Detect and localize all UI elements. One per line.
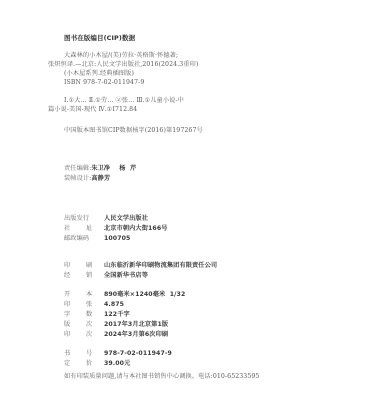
postcode-label: 邮政编码	[64, 235, 104, 243]
responsible-editor-label: 责任编辑:	[64, 165, 91, 173]
responsible-editor-value: 朱卫净 杨 芹	[91, 165, 136, 173]
cip-title: 图书在版编目(CIP)数据	[64, 34, 135, 42]
postcode-value: 100705	[104, 235, 130, 243]
word-count-value: 122千字	[104, 311, 130, 319]
publisher-row: 出版发行人民文学出版社	[64, 215, 148, 223]
distributor-value: 全国新华书店等	[104, 272, 148, 280]
impression-value: 2024年3月第6次印刷	[104, 331, 168, 339]
impression-label: 印次	[64, 331, 104, 339]
cip-line-2: 张炽恒译.—北京:人民文学出版社,2016(2024.3重印)	[48, 61, 198, 69]
cip-classification-line-1: Ⅰ.①大… Ⅱ.①劳… ②张… Ⅲ.①儿童小说-中	[64, 97, 184, 105]
design-label: 装帧设计:	[64, 175, 91, 183]
printer-value: 山东临沂新华印刷物流集团有限责任公司	[104, 262, 217, 270]
address-label: 社址	[64, 225, 104, 233]
sheets-label: 印张	[64, 301, 104, 309]
price-row: 定价39.00元	[64, 360, 130, 368]
responsible-editor-row: 责任编辑:朱卫净 杨 芹	[64, 165, 136, 173]
quality-notice: 如有印装质量问题,请与本社图书销售中心调换。电话:010-65233595	[64, 373, 259, 381]
edition-row: 版次2017年3月北京第1版	[64, 321, 168, 329]
isbn-label: 书号	[64, 350, 104, 358]
impression-row: 印次2024年3月第6次印刷	[64, 331, 168, 339]
cip-classification-line-2: 篇小说-美国-现代 Ⅳ.①I712.84	[48, 106, 137, 114]
distributor-row: 经销全国新华书店等	[64, 272, 148, 280]
format-label: 开本	[64, 291, 104, 299]
sheets-row: 印张4.875	[64, 301, 124, 309]
price-value: 39.00元	[104, 360, 130, 368]
price-label: 定价	[64, 360, 104, 368]
sheets-value: 4.875	[104, 301, 124, 309]
cip-line-1: 大森林的小木屋/(美)劳拉·英格斯·怀德著;	[64, 52, 178, 60]
isbn-row: 书号978-7-02-011947-9	[64, 350, 172, 358]
format-row: 开本890毫米×1240毫米 1/32	[64, 291, 185, 299]
printer-label: 印刷	[64, 262, 104, 270]
edition-label: 版次	[64, 321, 104, 329]
cip-line-4-isbn: ISBN 978-7-02-011947-9	[64, 79, 144, 87]
copyright-page: 图书在版编目(CIP)数据 大森林的小木屋/(美)劳拉·英格斯·怀德著; 张炽恒…	[0, 0, 375, 416]
address-value: 北京市朝内大街166号	[104, 225, 168, 233]
distributor-label: 经销	[64, 272, 104, 280]
postcode-row: 邮政编码100705	[64, 235, 130, 243]
address-row: 社址北京市朝内大街166号	[64, 225, 168, 233]
word-count-label: 字数	[64, 311, 104, 319]
cip-line-3: (小木屋系列.经典插图版)	[64, 70, 134, 78]
edition-value: 2017年3月北京第1版	[104, 321, 168, 329]
cip-verification-number: 中国版本图书馆CIP数据核字(2016)第197267号	[64, 127, 203, 135]
format-value: 890毫米×1240毫米 1/32	[104, 291, 185, 299]
isbn-value: 978-7-02-011947-9	[104, 350, 172, 358]
publisher-value: 人民文学出版社	[104, 215, 148, 223]
design-row: 装帧设计:高静芳	[64, 175, 110, 183]
design-value: 高静芳	[91, 175, 110, 183]
publisher-label: 出版发行	[64, 215, 104, 223]
printer-row: 印刷山东临沂新华印刷物流集团有限责任公司	[64, 262, 217, 270]
word-count-row: 字数122千字	[64, 311, 130, 319]
